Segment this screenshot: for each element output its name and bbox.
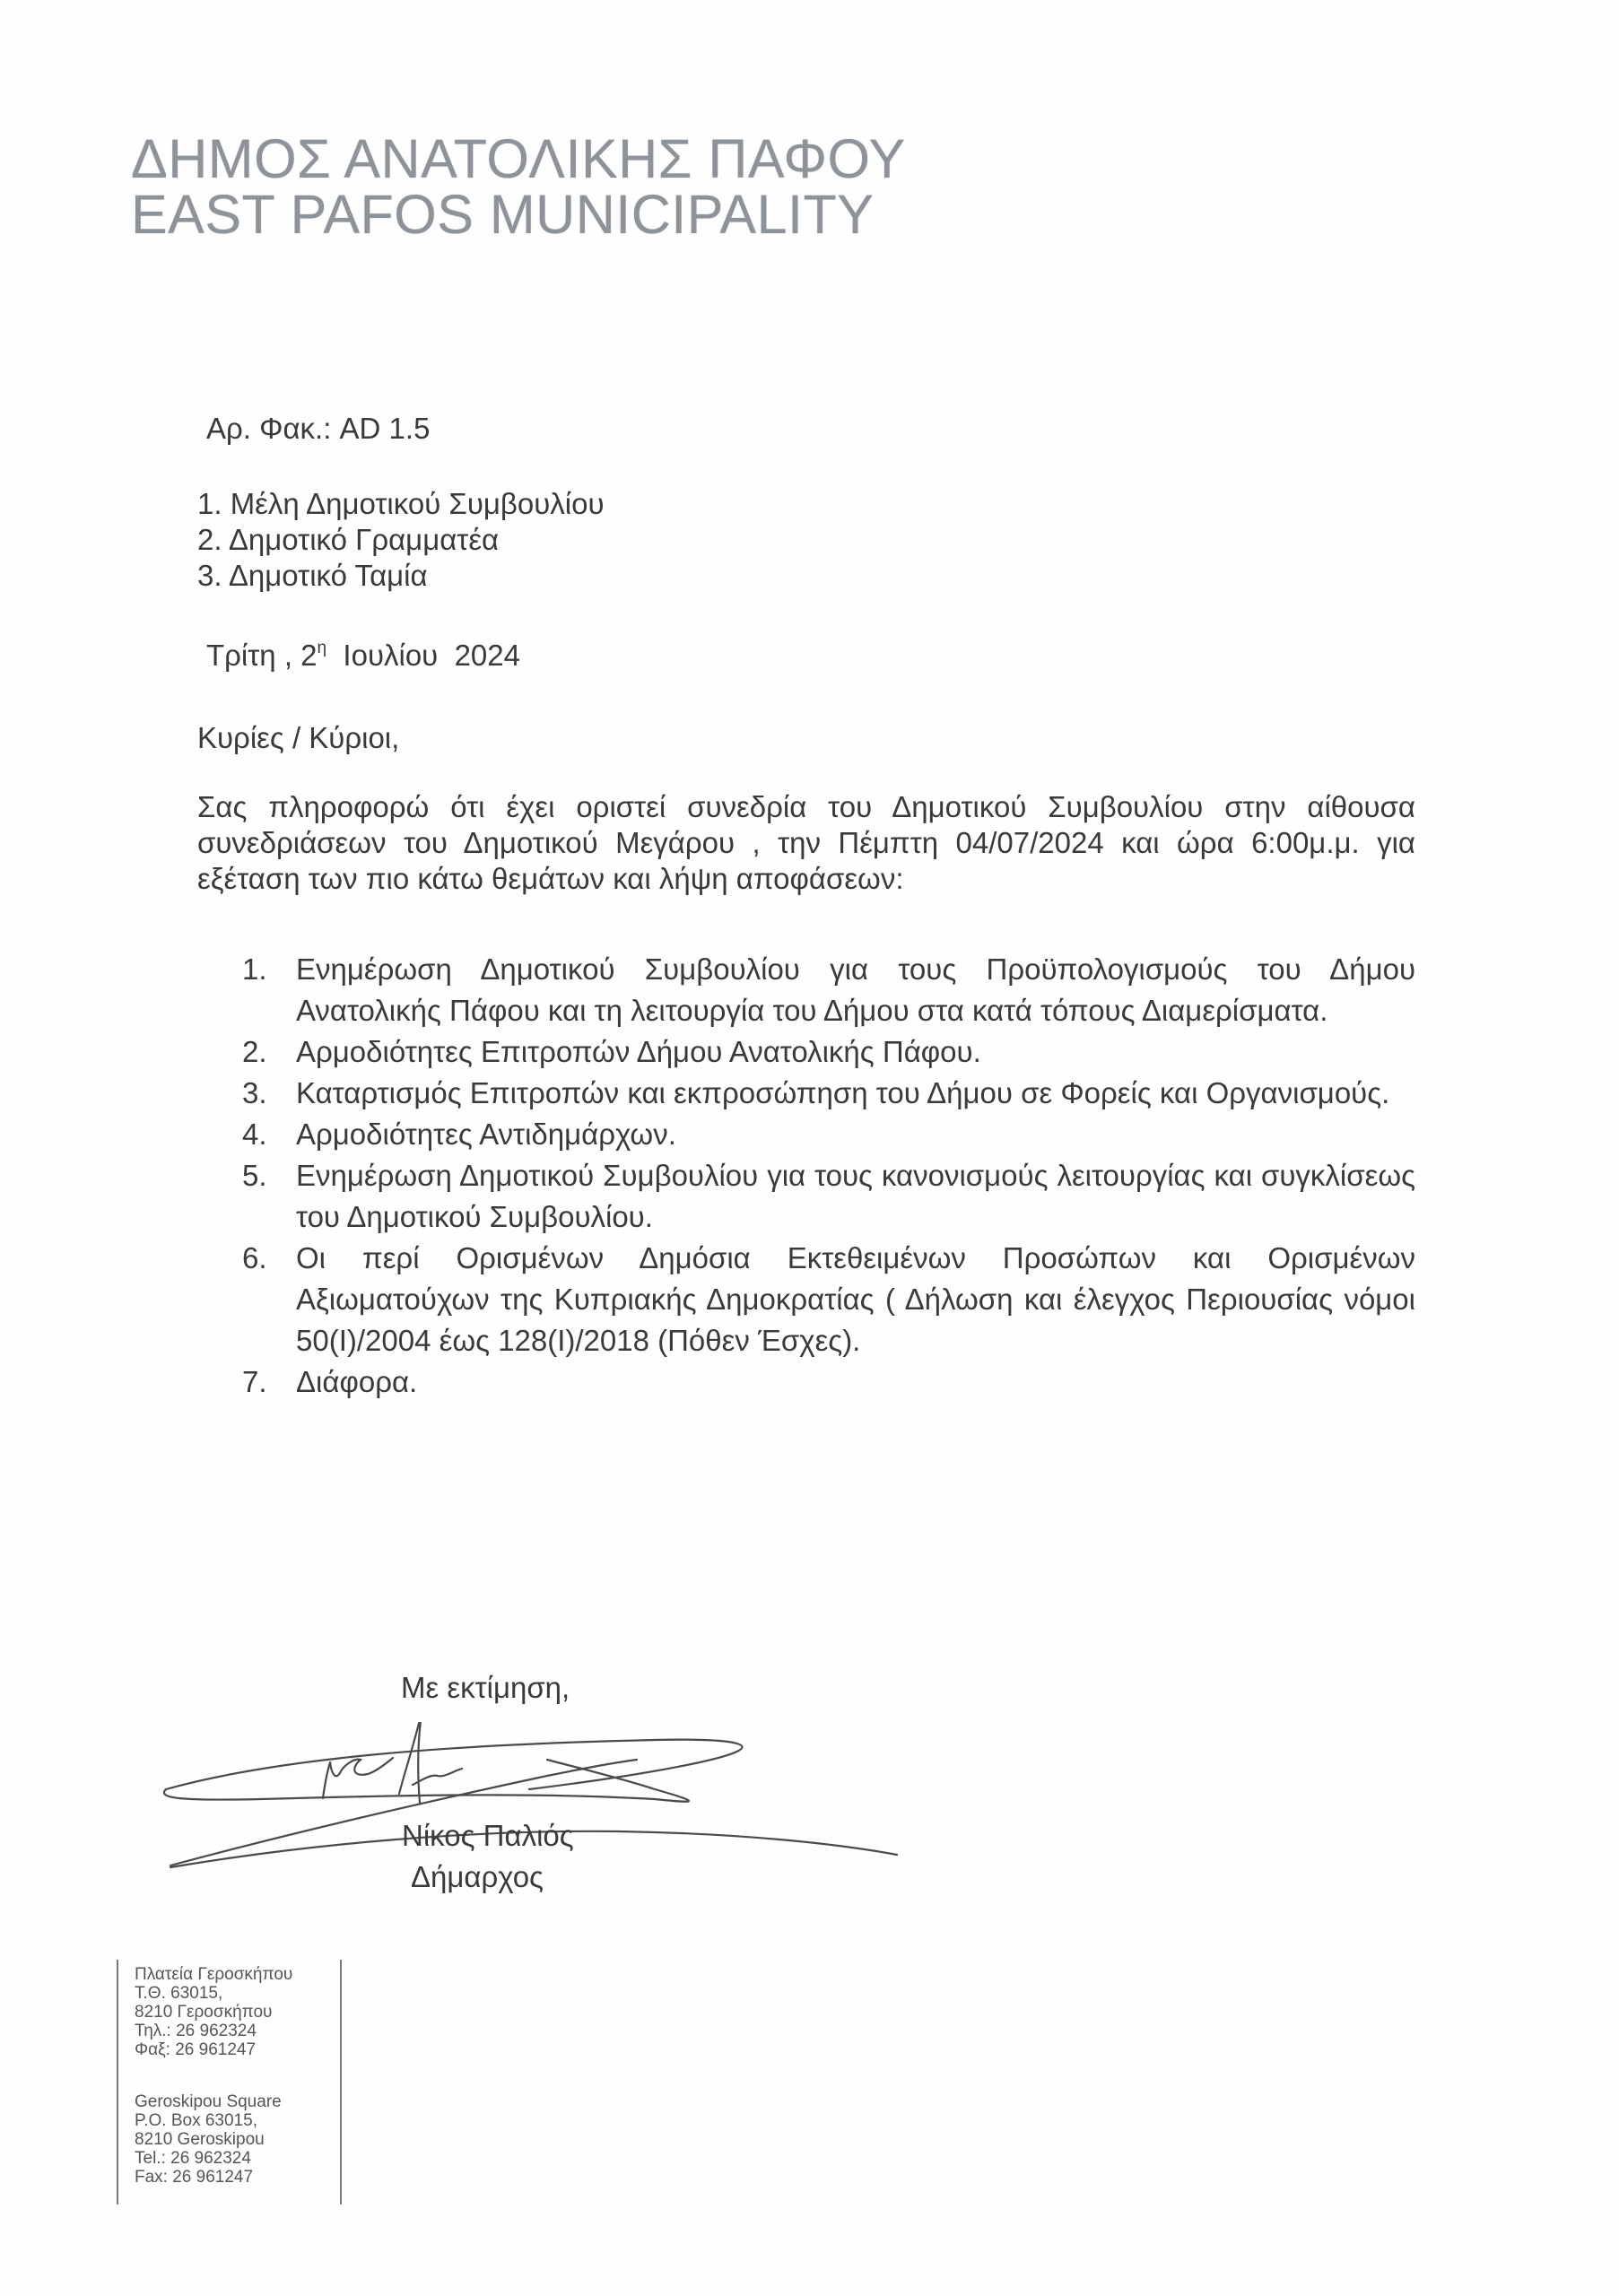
agenda-text: Αρμοδιότητες Επιτροπών Δήμου Ανατολικής … [296, 1035, 981, 1068]
letter-date: Τρίτη , 2η Ιουλίου 2024 [206, 638, 520, 674]
footer-fax: Φαξ: 26 961247 [135, 2040, 256, 2059]
date-prefix: Τρίτη , 2 [206, 639, 318, 672]
footer-line: Geroskipou Square [135, 2092, 282, 2111]
footer-line: Πλατεία Γεροσκήπου [135, 1965, 292, 1984]
agenda-number: 3. [242, 1073, 267, 1114]
date-suffix: Ιουλίου 2024 [326, 639, 520, 672]
agenda-number: 1. [242, 949, 267, 990]
signer-name: Νίκος Παλιός [402, 1818, 574, 1854]
document-page: ΔΗΜΟΣ ΑΝΑΤΟΛΙΚΗΣ ΠΑΦΟΥ EAST PAFOS MUNICI… [0, 0, 1619, 2296]
agenda-item: 7.Διάφορα. [242, 1361, 1415, 1403]
agenda-item: 4.Αρμοδιότητες Αντιδημάρχων. [242, 1114, 1415, 1155]
letterhead-greek: ΔΗΜΟΣ ΑΝΑΤΟΛΙΚΗΣ ΠΑΦΟΥ [131, 131, 906, 187]
agenda-item: 1.Ενημέρωση Δημοτικού Συμβουλίου για του… [242, 949, 1415, 1031]
footer-address-box: Πλατεία Γεροσκήπου Τ.Θ. 63015, 8210 Γερο… [117, 1960, 342, 2205]
footer-line: Τ.Θ. 63015, [135, 1984, 222, 2003]
file-reference: Αρ. Φακ.: AD 1.5 [206, 411, 430, 447]
handwritten-signature [152, 1722, 960, 1901]
footer-line: P.O. Box 63015, [135, 2111, 257, 2130]
footer-line: 8210 Γεροσκήπου [135, 2003, 272, 2022]
recipient: 2. Δημοτικό Γραμματέα [197, 522, 605, 558]
agenda-text: Οι περί Ορισμένων Δημόσια Εκτεθειμένων Π… [296, 1241, 1415, 1357]
recipient: 1. Μέλη Δημοτικού Συμβουλίου [197, 486, 605, 522]
letterhead: ΔΗΜΟΣ ΑΝΑΤΟΛΙΚΗΣ ΠΑΦΟΥ EAST PAFOS MUNICI… [131, 131, 906, 242]
agenda-number: 6. [242, 1238, 267, 1279]
agenda-item: 2.Αρμοδιότητες Επιτροπών Δήμου Ανατολική… [242, 1031, 1415, 1073]
agenda-number: 7. [242, 1361, 267, 1403]
agenda-text: Αρμοδιότητες Αντιδημάρχων. [296, 1118, 676, 1151]
footer-phone: Τηλ.: 26 962324 [135, 2022, 257, 2040]
greeting: Κυρίες / Κύριοι, [197, 720, 399, 756]
signer-title: Δήμαρχος [411, 1859, 544, 1895]
body-paragraph: Σας πληροφορώ ότι έχει οριστεί συνεδρία … [197, 789, 1415, 897]
closing-salutation: Με εκτίμηση, [401, 1670, 570, 1706]
agenda-number: 4. [242, 1114, 267, 1155]
agenda-number: 2. [242, 1031, 267, 1073]
agenda-item: 3.Καταρτισμός Επιτροπών και εκπροσώπηση … [242, 1073, 1415, 1114]
agenda-text: Ενημέρωση Δημοτικού Συμβουλίου για τους … [296, 952, 1415, 1027]
agenda-text: Διάφορα. [296, 1365, 417, 1398]
agenda-text: Ενημέρωση Δημοτικού Συμβουλίου για τους … [296, 1159, 1415, 1233]
agenda-item: 6.Οι περί Ορισμένων Δημόσια Εκτεθειμένων… [242, 1238, 1415, 1361]
footer-fax: Fax: 26 961247 [135, 2168, 253, 2187]
recipients-list: 1. Μέλη Δημοτικού Συμβουλίου 2. Δημοτικό… [197, 486, 605, 594]
date-ordinal: η [318, 639, 327, 657]
agenda-item: 5.Ενημέρωση Δημοτικού Συμβουλίου για του… [242, 1155, 1415, 1238]
agenda-number: 5. [242, 1155, 267, 1196]
agenda-list: 1.Ενημέρωση Δημοτικού Συμβουλίου για του… [242, 949, 1415, 1403]
footer-phone: Tel.: 26 962324 [135, 2149, 251, 2168]
letterhead-english: EAST PAFOS MUNICIPALITY [131, 187, 906, 242]
footer-line: 8210 Geroskipou [135, 2130, 265, 2149]
recipient: 3. Δημοτικό Ταμία [197, 558, 605, 594]
agenda-text: Καταρτισμός Επιτροπών και εκπροσώπηση το… [296, 1076, 1389, 1109]
